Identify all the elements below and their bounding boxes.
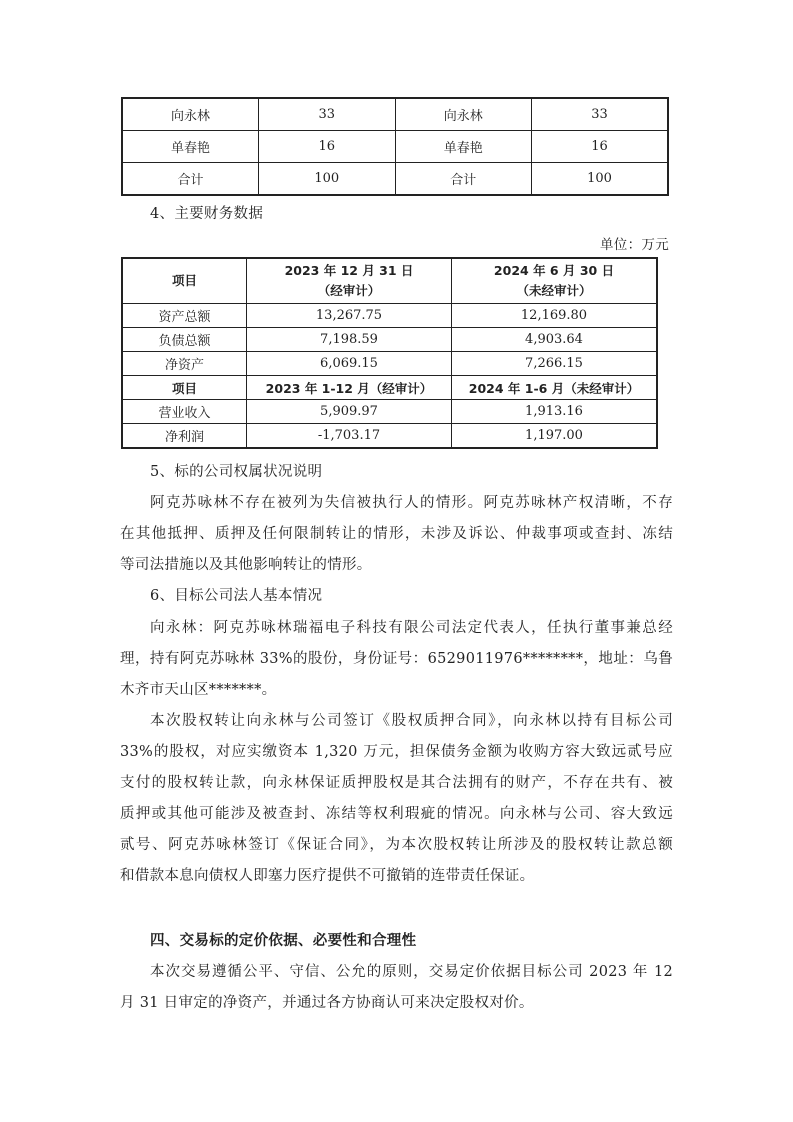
header-cell: 项目	[122, 376, 247, 400]
header-line: 2023 年 12 月 31 日	[247, 261, 451, 281]
header-line: （经审计）	[247, 281, 451, 301]
table-header-row: 项目 2023 年 12 月 31 日 （经审计） 2024 年 6 月 30 …	[122, 258, 657, 304]
header-cell: 2024 年 6 月 30 日 （未经审计）	[452, 258, 658, 304]
table-cell: 6,069.15	[247, 352, 452, 376]
table-row: 单春艳 16 单春艳 16	[122, 131, 668, 163]
table-cell: 净利润	[122, 424, 247, 449]
table-row: 负债总额 7,198.59 4,903.64	[122, 328, 657, 352]
table-row: 净资产 6,069.15 7,266.15	[122, 352, 657, 376]
paragraph-line: 支付的股权转让款，向永林保证质押股权是其合法拥有的财产，不存在共有、被	[120, 771, 673, 792]
table-cell: 16	[532, 131, 669, 163]
table-cell: 单春艳	[122, 131, 259, 163]
table-cell: -1,703.17	[247, 424, 452, 449]
paragraph-line: 贰号、阿克苏咏林签订《保证合同》，为本次股权转让所涉及的股权转让款总额	[120, 833, 673, 854]
section-heading: 4、主要财务数据	[150, 202, 263, 223]
header-line: 2024 年 6 月 30 日	[452, 261, 656, 281]
section-heading: 6、目标公司法人基本情况	[150, 584, 322, 605]
table-row: 资产总额 13,267.75 12,169.80	[122, 304, 657, 328]
table-cell: 向永林	[122, 98, 259, 131]
paragraph-line: 本次交易遵循公平、守信、公允的原则，交易定价依据目标公司 2023 年 12	[150, 960, 673, 981]
section-heading: 四、交易标的定价依据、必要性和合理性	[150, 929, 416, 950]
paragraph-line: 质押或其他可能涉及被查封、冻结等权利瑕疵的情况。向永林与公司、容大致远	[120, 802, 673, 823]
table-header-row: 项目 2023 年 1-12 月（经审计） 2024 年 1-6 月（未经审计）	[122, 376, 657, 400]
paragraph-line: 理，持有阿克苏咏林 33%的股份，身份证号：6529011976********…	[120, 647, 673, 668]
table-cell: 合计	[122, 163, 259, 196]
table-cell: 16	[259, 131, 396, 163]
header-cell: 2023 年 1-12 月（经审计）	[247, 376, 452, 400]
paragraph-line: 等司法措施以及其他影响转让的情形。	[120, 553, 372, 574]
paragraph-line: 在其他抵押、质押及任何限制转让的情形，未涉及诉讼、仲裁事项或查封、冻结	[120, 522, 673, 543]
header-cell: 2023 年 12 月 31 日 （经审计）	[247, 258, 452, 304]
table-cell: 负债总额	[122, 328, 247, 352]
table-row: 合计 100 合计 100	[122, 163, 668, 196]
header-cell: 2024 年 1-6 月（未经审计）	[452, 376, 658, 400]
table-cell: 7,198.59	[247, 328, 452, 352]
table-cell: 13,267.75	[247, 304, 452, 328]
unit-label: 单位：万元	[600, 233, 669, 253]
table-row: 向永林 33 向永林 33	[122, 98, 668, 131]
table-cell: 12,169.80	[452, 304, 658, 328]
table-cell: 向永林	[395, 98, 532, 131]
table-cell: 单春艳	[395, 131, 532, 163]
table-cell: 5,909.97	[247, 400, 452, 424]
paragraph-line: 木齐市天山区*******。	[120, 678, 276, 699]
paragraph-line: 和借款本息向债权人即塞力医疗提供不可撤销的连带责任保证。	[120, 864, 534, 885]
table-cell: 7,266.15	[452, 352, 658, 376]
table-cell: 33	[532, 98, 669, 131]
table-cell: 100	[259, 163, 396, 196]
table-row: 营业收入 5,909.97 1,913.16	[122, 400, 657, 424]
table-cell: 1,197.00	[452, 424, 658, 449]
table-cell: 4,903.64	[452, 328, 658, 352]
table-cell: 33	[259, 98, 396, 131]
paragraph-line: 月 31 日审定的净资产，并通过各方协商认可来决定股权对价。	[120, 991, 534, 1012]
paragraph-line: 33%的股权，对应实缴资本 1,320 万元，担保债务金额为收购方容大致远贰号应	[120, 740, 673, 761]
shareholder-table: 向永林 33 向永林 33 单春艳 16 单春艳 16 合计 100 合计 10…	[121, 97, 669, 196]
table-row: 净利润 -1,703.17 1,197.00	[122, 424, 657, 449]
header-cell: 项目	[122, 258, 247, 304]
table-cell: 净资产	[122, 352, 247, 376]
section-heading: 5、标的公司权属状况说明	[150, 460, 322, 481]
paragraph-line: 本次股权转让向永林与公司签订《股权质押合同》，向永林以持有目标公司	[150, 709, 673, 730]
table-cell: 1,913.16	[452, 400, 658, 424]
financial-table: 项目 2023 年 12 月 31 日 （经审计） 2024 年 6 月 30 …	[121, 257, 658, 449]
table-cell: 合计	[395, 163, 532, 196]
table-cell: 100	[532, 163, 669, 196]
table-cell: 资产总额	[122, 304, 247, 328]
header-line: （未经审计）	[452, 281, 656, 301]
paragraph-line: 向永林：阿克苏咏林瑞福电子科技有限公司法定代表人，任执行董事兼总经	[150, 616, 673, 637]
document-page: 向永林 33 向永林 33 单春艳 16 单春艳 16 合计 100 合计 10…	[0, 0, 793, 1122]
table-cell: 营业收入	[122, 400, 247, 424]
paragraph-line: 阿克苏咏林不存在被列为失信被执行人的情形。阿克苏咏林产权清晰，不存	[150, 491, 673, 512]
